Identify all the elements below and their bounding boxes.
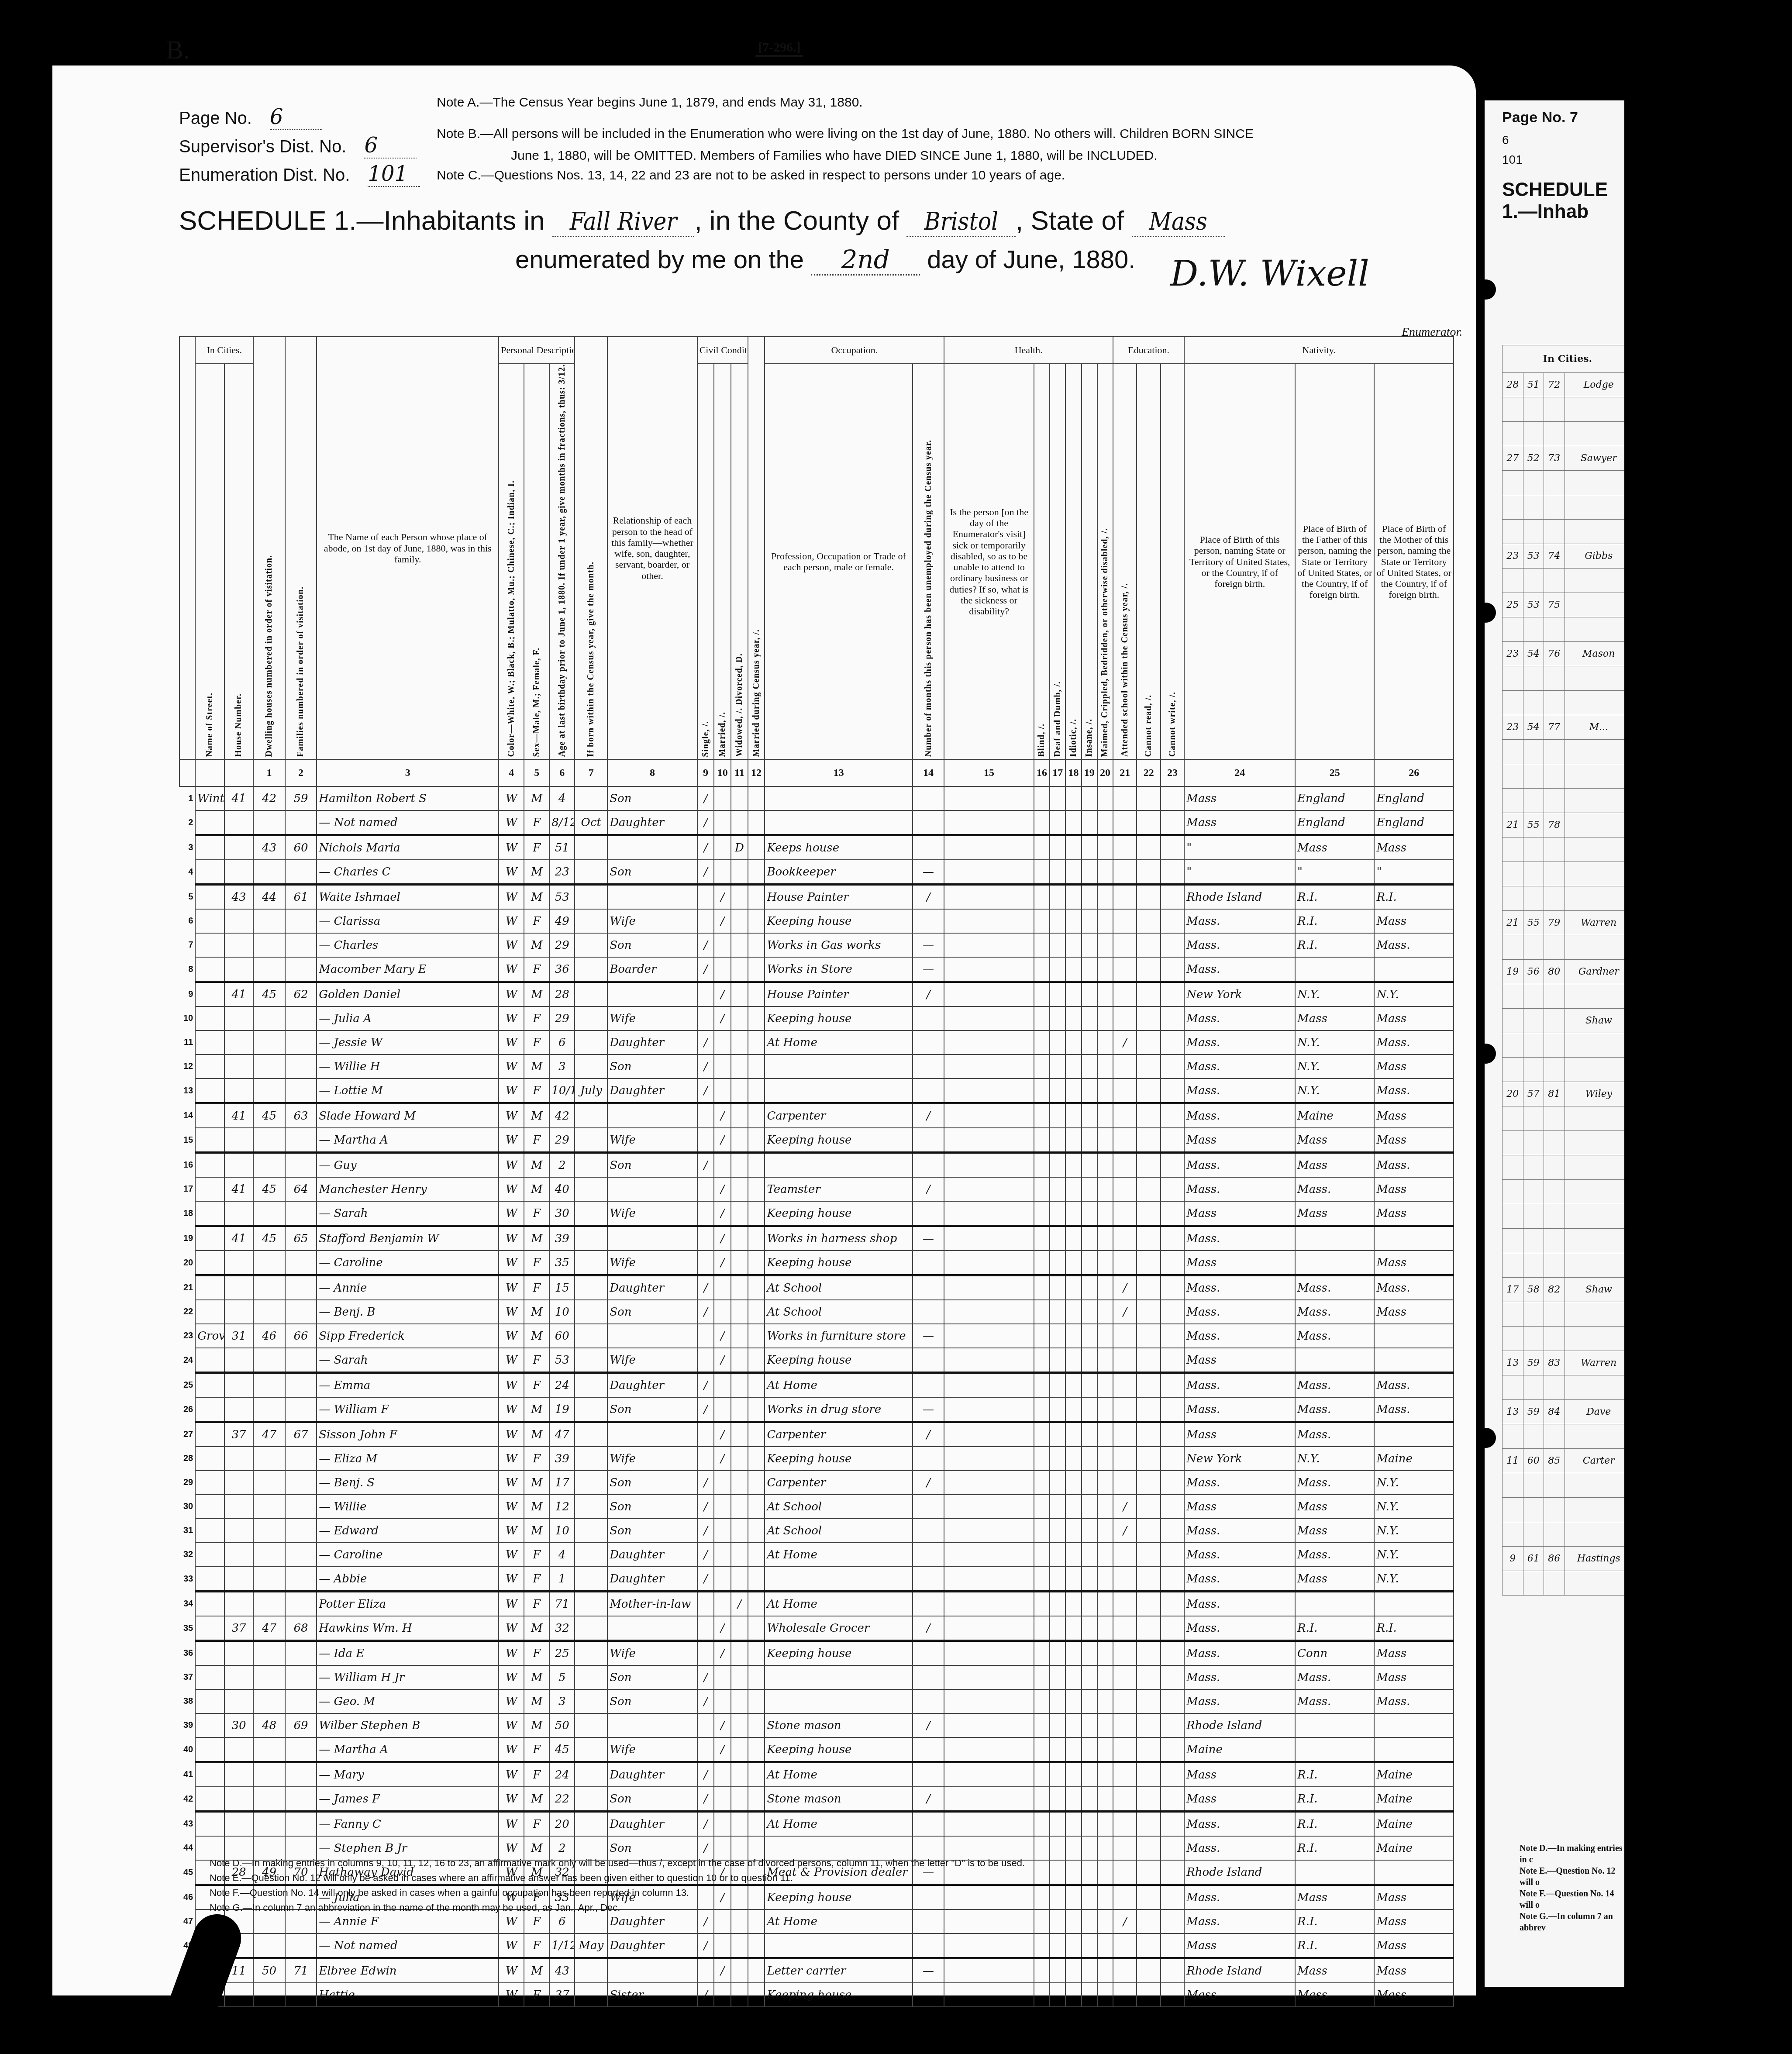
cell-widowed <box>731 909 748 933</box>
cell-md <box>748 1592 765 1616</box>
cell-sex: M <box>524 1103 549 1128</box>
cell-married: / <box>714 1447 731 1471</box>
col-12-header: Married during Census year, /. <box>748 337 765 759</box>
cell-maim <box>1097 1812 1113 1837</box>
cell-bp: Mass. <box>1184 933 1295 957</box>
cell-fam <box>285 1055 317 1079</box>
cell-dw: 48 <box>253 1713 285 1737</box>
cell-house <box>224 1495 253 1519</box>
cell-name: — Caroline <box>317 1543 499 1567</box>
cell-age: 2 <box>549 1153 575 1178</box>
cell-fbp: R.I. <box>1295 933 1374 957</box>
cell-house <box>224 1251 253 1275</box>
cell-house <box>224 1787 253 1812</box>
cell-sex: M <box>524 1713 549 1737</box>
cell-maim <box>1097 1300 1113 1324</box>
cell-single: / <box>697 1471 714 1495</box>
cell-sick <box>944 1689 1034 1713</box>
cell-unemp: — <box>913 1397 944 1422</box>
cell-bp: Mass. <box>1184 1397 1295 1422</box>
cell-fam: 69 <box>285 1713 317 1737</box>
table-row: 10— Julia AWF29Wife/Keeping houseMass.Ma… <box>179 1006 1454 1030</box>
cell-school <box>1113 835 1137 860</box>
cell-ins <box>1082 1348 1097 1373</box>
cell-fam <box>285 1787 317 1812</box>
cell-ins <box>1082 810 1097 835</box>
cell-id <box>1065 1324 1081 1348</box>
cell-color: W <box>499 1543 524 1567</box>
cell-fbp: N.Y. <box>1295 1447 1374 1471</box>
cell-cw <box>1161 1812 1184 1837</box>
personal-description-header: Personal Description. <box>499 337 575 364</box>
cell-sex: M <box>524 1153 549 1178</box>
cell-sex: M <box>524 1055 549 1079</box>
line-number: 40 <box>179 1737 195 1762</box>
cell-house <box>224 1812 253 1837</box>
cell-fbp: Mass. <box>1295 1397 1374 1422</box>
cell-fbp <box>1295 1226 1374 1251</box>
facing-cell-name <box>1565 569 1624 593</box>
cell-b <box>1034 1665 1050 1689</box>
facing-cell-fam: 84 <box>1544 1400 1565 1424</box>
cell-sick <box>944 957 1034 982</box>
cell-fbp: Mass. <box>1295 1689 1374 1713</box>
cell-cr <box>1137 1641 1160 1666</box>
cell-name: — Martha A <box>317 1128 499 1153</box>
cell-occ: Keeping house <box>765 1447 912 1471</box>
facing-cell-name <box>1565 1327 1624 1351</box>
cell-fam: 64 <box>285 1177 317 1201</box>
cell-b <box>1034 1567 1050 1592</box>
cell-fbp: Mass <box>1295 1006 1374 1030</box>
cell-unemp <box>913 1348 944 1373</box>
cell-name: — Eliza M <box>317 1447 499 1471</box>
cell-street <box>195 1177 224 1201</box>
cell-fbp: Mass. <box>1295 1543 1374 1567</box>
line-number: 8 <box>179 957 195 982</box>
cell-name: — William F <box>317 1397 499 1422</box>
note-d: Note D.—In making entries in columns 9, … <box>210 1856 1025 1871</box>
cell-maim <box>1097 1713 1113 1737</box>
note-g: Note G.—In column 7 an abbreviation in t… <box>210 1900 1025 1915</box>
cell-ins <box>1082 1251 1097 1275</box>
cell-dd <box>1050 1422 1065 1447</box>
cell-single: / <box>697 933 714 957</box>
cell-sex: F <box>524 1447 549 1471</box>
cell-id <box>1065 786 1081 810</box>
cell-month <box>575 1762 607 1787</box>
cell-widowed <box>731 1030 748 1055</box>
cell-mbp: Mass <box>1374 909 1454 933</box>
facing-cell-house: 13 <box>1503 1400 1523 1424</box>
cell-month <box>575 957 607 982</box>
cell-id <box>1065 1226 1081 1251</box>
facing-table-row <box>1503 886 1625 911</box>
cell-b <box>1034 1177 1050 1201</box>
cell-md <box>748 933 765 957</box>
table-row: 48— Not namedWF1/12MayDaughter/MassR.I.M… <box>179 1933 1454 1958</box>
cell-sick <box>944 1324 1034 1348</box>
line-number: 17 <box>179 1177 195 1201</box>
cell-house: 37 <box>224 1616 253 1641</box>
cell-age: 8/12 <box>549 810 575 835</box>
cell-b <box>1034 1958 1050 1983</box>
cell-maim <box>1097 1836 1113 1860</box>
cell-married: / <box>714 1713 731 1737</box>
binder-ring <box>1476 603 1496 623</box>
cell-fam <box>285 1079 317 1103</box>
facing-cell-house <box>1503 837 1523 862</box>
cell-fam <box>285 1812 317 1837</box>
cell-house <box>224 1153 253 1178</box>
cell-dw <box>253 1300 285 1324</box>
cell-dw: 45 <box>253 1226 285 1251</box>
table-row: 29— Benj. SWM17Son/Carpenter/Mass.Mass.N… <box>179 1471 1454 1495</box>
cell-month <box>575 1983 607 2007</box>
cell-maim <box>1097 860 1113 885</box>
facing-cell-house <box>1503 789 1523 813</box>
cell-married <box>714 933 731 957</box>
cell-widowed <box>731 860 748 885</box>
cell-id <box>1065 1933 1081 1958</box>
cell-rel: Daughter <box>607 1543 697 1567</box>
cell-maim <box>1097 1348 1113 1373</box>
cell-mbp: Mass. <box>1374 1373 1454 1398</box>
cell-ins <box>1082 1543 1097 1567</box>
cell-dw <box>253 1251 285 1275</box>
cell-house <box>224 1519 253 1543</box>
cell-cr <box>1137 982 1160 1007</box>
cell-school <box>1113 1641 1137 1666</box>
facing-cell-house <box>1503 886 1523 911</box>
cell-fam <box>285 1128 317 1153</box>
cell-rel: Son <box>607 860 697 885</box>
cell-ins <box>1082 1787 1097 1812</box>
cell-dd <box>1050 1153 1065 1178</box>
line-number: 29 <box>179 1471 195 1495</box>
cell-dd <box>1050 1226 1065 1251</box>
cell-single: / <box>697 1812 714 1837</box>
facing-cell-dw <box>1523 569 1544 593</box>
cell-school <box>1113 1860 1137 1885</box>
facing-cell-fam <box>1544 1522 1565 1547</box>
cell-color: W <box>499 835 524 860</box>
cell-fam <box>285 1006 317 1030</box>
cell-md <box>748 1958 765 1983</box>
facing-cell-fam <box>1544 1229 1565 1253</box>
cell-occ: Stone mason <box>765 1787 912 1812</box>
cell-occ: Teamster <box>765 1177 912 1201</box>
cell-color: W <box>499 810 524 835</box>
cell-color: W <box>499 1006 524 1030</box>
cell-unemp <box>913 1079 944 1103</box>
cell-occ: At School <box>765 1300 912 1324</box>
cell-sick <box>944 1933 1034 1958</box>
cell-dd <box>1050 1128 1065 1153</box>
cell-cr <box>1137 957 1160 982</box>
cell-single <box>697 1348 714 1373</box>
cell-cr <box>1137 1519 1160 1543</box>
cell-sick <box>944 1495 1034 1519</box>
cell-street <box>195 1397 224 1422</box>
cell-occ: Keeps house <box>765 835 912 860</box>
cell-street <box>195 1762 224 1787</box>
cell-house <box>224 933 253 957</box>
cell-month <box>575 835 607 860</box>
cell-b <box>1034 1495 1050 1519</box>
facing-cell-dw <box>1523 1106 1544 1131</box>
cell-widowed <box>731 1616 748 1641</box>
cell-single <box>697 1251 714 1275</box>
cell-street <box>195 835 224 860</box>
line-number: 42 <box>179 1787 195 1812</box>
cell-house: 41 <box>224 786 253 810</box>
cell-cr <box>1137 1201 1160 1226</box>
cell-fbp: Mass. <box>1295 1422 1374 1447</box>
cell-rel: Son <box>607 1300 697 1324</box>
cell-cr <box>1137 1860 1160 1885</box>
cell-color: W <box>499 1447 524 1471</box>
table-row: 33— AbbieWF1Daughter/Mass.MassN.Y. <box>179 1567 1454 1592</box>
cell-dw <box>253 1373 285 1398</box>
cell-married <box>714 1471 731 1495</box>
line-number: 10 <box>179 1006 195 1030</box>
cell-dd <box>1050 1787 1065 1812</box>
facing-table-row <box>1503 984 1625 1009</box>
cell-single <box>697 1177 714 1201</box>
cell-cr <box>1137 1812 1160 1837</box>
cell-single: / <box>697 1762 714 1787</box>
cell-occ <box>765 1153 912 1178</box>
cell-fam <box>285 1153 317 1178</box>
cell-occ: Stone mason <box>765 1713 912 1737</box>
cell-school <box>1113 1079 1137 1103</box>
cell-widowed <box>731 1226 748 1251</box>
cell-maim <box>1097 1030 1113 1055</box>
facing-cell-dw: 54 <box>1523 715 1544 740</box>
cell-sick <box>944 1422 1034 1447</box>
cell-dw <box>253 1128 285 1153</box>
cell-color: W <box>499 1787 524 1812</box>
cell-house <box>224 1079 253 1103</box>
cell-dw <box>253 1030 285 1055</box>
cell-md <box>748 1519 765 1543</box>
cell-widowed <box>731 1471 748 1495</box>
cell-id <box>1065 1275 1081 1300</box>
cell-fbp: R.I. <box>1295 909 1374 933</box>
cell-cr <box>1137 1153 1160 1178</box>
cell-mbp: N.Y. <box>1374 1471 1454 1495</box>
cell-maim <box>1097 1153 1113 1178</box>
cell-fbp <box>1295 1737 1374 1762</box>
cell-mbp: Mass <box>1374 1128 1454 1153</box>
cell-maim <box>1097 1543 1113 1567</box>
table-row: 34Potter ElizaWF71Mother-in-law/At HomeM… <box>179 1592 1454 1616</box>
facing-cell-fam <box>1544 764 1565 789</box>
cell-sex: M <box>524 1958 549 1983</box>
facing-cell-fam: 77 <box>1544 715 1565 740</box>
facing-cell-house <box>1503 1229 1523 1253</box>
cell-single: / <box>697 1665 714 1689</box>
cell-fam <box>285 1030 317 1055</box>
cell-dw <box>253 810 285 835</box>
facing-cell-house <box>1503 495 1523 520</box>
cell-ins <box>1082 1983 1097 2007</box>
line-number: 14 <box>179 1103 195 1128</box>
cell-b <box>1034 1079 1050 1103</box>
cell-id <box>1065 1567 1081 1592</box>
facing-cell-dw <box>1523 886 1544 911</box>
facing-cell-house: 23 <box>1503 715 1523 740</box>
cell-fbp <box>1295 1348 1374 1373</box>
cell-ins <box>1082 1933 1097 1958</box>
cell-sex: F <box>524 1275 549 1300</box>
col-3-header: The Name of each Person whose place of a… <box>317 337 499 759</box>
cell-name: — William H Jr <box>317 1665 499 1689</box>
cell-md <box>748 1128 765 1153</box>
cell-sick <box>944 1079 1034 1103</box>
cell-fbp: Mass <box>1295 1983 1374 2007</box>
cell-sick <box>944 982 1034 1007</box>
cell-dw <box>253 1447 285 1471</box>
facing-cell-house: 21 <box>1503 911 1523 935</box>
cell-age: 3 <box>549 1055 575 1079</box>
cell-b <box>1034 860 1050 885</box>
cell-sex: M <box>524 982 549 1007</box>
cell-school: / <box>1113 1030 1137 1055</box>
line-number: 34 <box>179 1592 195 1616</box>
cell-md <box>748 1567 765 1592</box>
cell-cw <box>1161 1787 1184 1812</box>
cell-fbp <box>1295 1592 1374 1616</box>
cell-sick <box>944 1055 1034 1079</box>
cell-dd <box>1050 1567 1065 1592</box>
table-row: 26— William FWM19Son/Works in drug store… <box>179 1397 1454 1422</box>
cell-sick <box>944 1201 1034 1226</box>
cell-mbp: Maine <box>1374 1762 1454 1787</box>
cell-color: W <box>499 1737 524 1762</box>
cell-age: 51 <box>549 835 575 860</box>
facing-cell-name <box>1565 422 1624 446</box>
cell-b <box>1034 1447 1050 1471</box>
cell-name: — Annie <box>317 1275 499 1300</box>
facing-cell-fam: 83 <box>1544 1351 1565 1375</box>
facing-cell-house <box>1503 1253 1523 1278</box>
facing-cell-name <box>1565 1106 1624 1131</box>
cell-color: W <box>499 1958 524 1983</box>
cell-name: — Jessie W <box>317 1030 499 1055</box>
cell-color: W <box>499 1201 524 1226</box>
cell-dd <box>1050 1665 1065 1689</box>
cell-b <box>1034 1300 1050 1324</box>
cell-dw <box>253 1762 285 1787</box>
cell-b <box>1034 1373 1050 1398</box>
cell-fbp: Mass <box>1295 1128 1374 1153</box>
cell-ins <box>1082 1641 1097 1666</box>
cell-month <box>575 1641 607 1666</box>
cell-month: July <box>575 1079 607 1103</box>
cell-b <box>1034 1128 1050 1153</box>
cell-md <box>748 835 765 860</box>
cell-street <box>195 1592 224 1616</box>
cell-single: / <box>697 1983 714 2007</box>
line-number: 18 <box>179 1201 195 1226</box>
cell-id <box>1065 1592 1081 1616</box>
cell-widowed <box>731 1737 748 1762</box>
cell-month <box>575 1689 607 1713</box>
facing-table-row <box>1503 862 1625 886</box>
cell-month <box>575 1348 607 1373</box>
facing-cell-name: M... <box>1565 715 1624 740</box>
cell-bp: Mass. <box>1184 1665 1295 1689</box>
cell-md <box>748 1201 765 1226</box>
line-number: 27 <box>179 1422 195 1447</box>
cell-occ: At School <box>765 1275 912 1300</box>
cell-maim <box>1097 1762 1113 1787</box>
cell-bp: Mass. <box>1184 1689 1295 1713</box>
col-house-header: House Number. <box>224 364 253 759</box>
facing-cell-name <box>1565 691 1624 715</box>
cell-widowed <box>731 957 748 982</box>
facing-cell-name <box>1565 593 1624 617</box>
cell-widowed <box>731 1983 748 2007</box>
line-number: 47 <box>179 1909 195 1933</box>
cell-single <box>697 1616 714 1641</box>
cell-school <box>1113 1543 1137 1567</box>
cell-single: / <box>697 1787 714 1812</box>
cell-color: W <box>499 909 524 933</box>
cell-name: — Not named <box>317 810 499 835</box>
cell-bp: Mass <box>1184 1787 1295 1812</box>
cell-widowed <box>731 1103 748 1128</box>
facing-cell-name <box>1565 1253 1624 1278</box>
cell-id <box>1065 957 1081 982</box>
cell-id <box>1065 810 1081 835</box>
cell-widowed <box>731 1787 748 1812</box>
cell-unemp: — <box>913 1226 944 1251</box>
cell-name: — Geo. M <box>317 1689 499 1713</box>
cell-mbp: Mass <box>1374 1933 1454 1958</box>
cell-fam <box>285 1519 317 1543</box>
facing-cell-house <box>1503 1204 1523 1229</box>
cell-ins <box>1082 1592 1097 1616</box>
cell-unemp: — <box>913 933 944 957</box>
facing-table-row <box>1503 1375 1625 1400</box>
cell-color: W <box>499 1079 524 1103</box>
cell-month <box>575 1592 607 1616</box>
cell-house <box>224 1543 253 1567</box>
cell-single: / <box>697 1689 714 1713</box>
col-11-header: Widowed, /. Divorced, D. <box>731 364 748 759</box>
col-5-header: Sex—Male, M.; Female, F. <box>524 364 549 759</box>
cell-fam: 60 <box>285 835 317 860</box>
cell-age: 43 <box>549 1958 575 1983</box>
cell-fam <box>285 1983 317 2007</box>
cell-cw <box>1161 1567 1184 1592</box>
cell-dd <box>1050 1055 1065 1079</box>
facing-cell-dw <box>1523 422 1544 446</box>
facing-cell-fam <box>1544 1155 1565 1180</box>
cell-maim <box>1097 1885 1113 1910</box>
cell-sick <box>944 1543 1034 1567</box>
cell-ins <box>1082 1300 1097 1324</box>
cell-ins <box>1082 1909 1097 1933</box>
cell-married <box>714 1787 731 1812</box>
cell-unemp <box>913 1665 944 1689</box>
cell-maim <box>1097 1397 1113 1422</box>
cell-sex: M <box>524 1300 549 1324</box>
facing-cell-fam: 80 <box>1544 960 1565 984</box>
